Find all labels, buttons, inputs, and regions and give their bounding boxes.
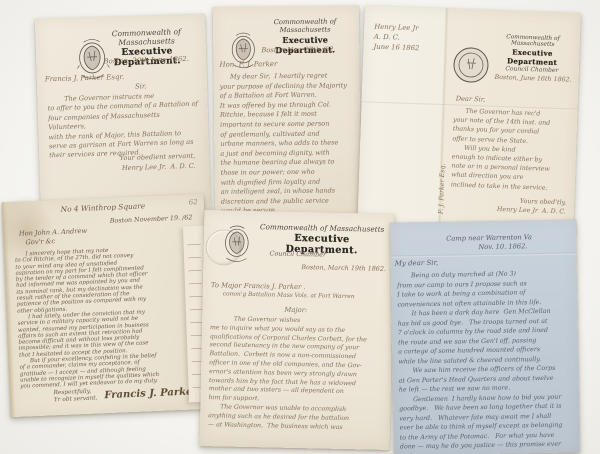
signature-block: Yours obed'tly,Henry Lee Jr A. D. C. — [497, 196, 567, 217]
dateline-date: Nov. 10. 1862. — [478, 242, 527, 251]
letter-body: The Governor has rec'dyour note of the 1… — [451, 106, 574, 193]
address-line: Hon. F. J. Parker — [219, 60, 277, 69]
letter-majority-regret: Commonwealth of Massachusetts Executive … — [213, 5, 361, 226]
letterhead: Commonwealth of Massachusetts Executive … — [489, 34, 576, 75]
photo-of-six-letters: Commonwealth of Massachusetts Executive … — [0, 0, 600, 454]
signature: Francis J. Parker — [104, 386, 198, 401]
letter-body: I sincerely hope that my noteto Col Ritc… — [15, 244, 207, 390]
letter-fort-warren-offer: Commonwealth of Massachusetts Executive … — [35, 13, 211, 220]
salutation: Dear Sir, — [456, 95, 486, 104]
letter-parker-acceptance: 62 No 4 Winthrop Square Boston November … — [2, 194, 213, 417]
docket-endorsement: Henry Lee JrA. D. C.June 16 1862 — [373, 22, 440, 54]
fold-crease — [391, 252, 577, 257]
address-line: Francis J. Parker Esqr. — [45, 73, 125, 83]
dateline: Boston, June 16th 1862. — [494, 74, 571, 84]
letterhead-office: Council Chamber — [270, 249, 327, 258]
dateline-place: Camp near Warrenton Va — [446, 233, 532, 242]
letter-body: Being on duty marched at (No 3)from our … — [397, 268, 576, 454]
letter-body: The Governor wishesme to inquire what yo… — [208, 315, 387, 433]
letter-warrenton-field: Camp near Warrenton Va Nov. 10. 1862. My… — [390, 219, 580, 454]
council-chamber-seal-icon — [450, 44, 491, 85]
address-block: Hon John A. Andrew Gov'r &c — [19, 227, 88, 247]
letter-council-chamber-note: Henry Lee JrA. D. C.June 16 1862 Commonw… — [357, 5, 581, 238]
salutation: Sir, — [135, 82, 147, 90]
letter-body: The Governor instructs meto offer to you… — [47, 91, 200, 162]
address-to: To Major Francis J. Parker . — [211, 281, 306, 291]
letterhead-commonwealth: Commonwealth of Massachusetts — [89, 26, 204, 48]
closing-lines: Respectfully,Yr obt servant, — [54, 388, 98, 404]
margin-note: F. J. Parker Esq. — [438, 134, 448, 214]
dateline: Boston, March 19th 1862. — [301, 263, 386, 273]
letter-corbett-inquiry: Commonwealth of Massachusetts Executive … — [200, 210, 395, 450]
massachusetts-arms-engraving-icon — [219, 223, 254, 264]
salutation: Major: — [284, 306, 307, 314]
signature-block: Your obedient servant,Henry Lee Jr. A. D… — [120, 152, 196, 173]
dateline: Boston November 19. /62 — [110, 213, 193, 224]
salutation: My dear Sir, — [395, 259, 439, 268]
address-sub: comm'g Battalion Mass Vols. at Fort Warr… — [223, 291, 355, 300]
letter-body: My dear Sir, I heartily regretyour purpo… — [220, 71, 357, 216]
dateline: Boston Nov. 27th /62. — [261, 45, 335, 54]
letterhead-commonwealth: Commonwealth of Massachusetts — [255, 17, 355, 34]
